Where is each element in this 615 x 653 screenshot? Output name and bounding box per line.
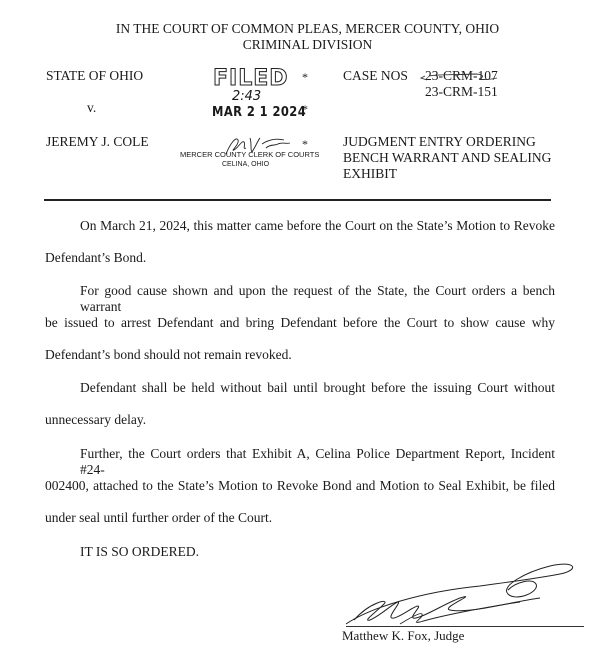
paragraph-3-line-2: unnecessary delay.: [45, 412, 146, 428]
entry-title-line-1: JUDGMENT ENTRY ORDERING: [343, 134, 536, 150]
entry-title-line-3: EXHIBIT: [343, 166, 397, 182]
signature-line: [346, 626, 584, 627]
paragraph-2-line-2: be issued to arrest Defendant and bring …: [45, 315, 555, 331]
court-division: CRIMINAL DIVISION: [0, 37, 615, 53]
versus-label: v.: [87, 100, 96, 116]
paragraph-4-line-2: 002400, attached to the State’s Motion t…: [45, 478, 555, 494]
judge-signature-icon: [340, 562, 590, 630]
caption-separator: *: [302, 71, 308, 83]
entry-title-line-2: BENCH WARRANT AND SEALING: [343, 150, 551, 166]
filed-stamp-date: MAR 2 1 2024: [212, 104, 306, 120]
paragraph-4-line-1: Further, the Court orders that Exhibit A…: [80, 446, 555, 478]
defendant-name: JEREMY J. COLE: [46, 134, 149, 150]
court-name: IN THE COURT OF COMMON PLEAS, MERCER COU…: [0, 21, 615, 37]
case-number-struck: 23-CRM-107: [425, 68, 615, 84]
filed-stamp-time: 2:43: [232, 90, 261, 103]
filed-stamp-city: CELINA, OHIO: [222, 160, 269, 169]
plaintiff-name: STATE OF OHIO: [46, 68, 143, 84]
caption-divider: [497, 199, 551, 201]
case-number-2: 23-CRM-151: [425, 84, 498, 100]
judge-name: Matthew K. Fox, Judge: [342, 628, 464, 644]
caption-divider: [44, 199, 497, 201]
paragraph-3-line-1: Defendant shall be held without bail unt…: [80, 380, 555, 396]
paragraph-2-line-3: Defendant’s bond should not remain revok…: [45, 347, 292, 363]
paragraph-1-line-2: Defendant’s Bond.: [45, 250, 146, 266]
filed-stamp-label: FILED: [213, 68, 289, 90]
paragraph-4-line-3: under seal until further order of the Co…: [45, 510, 272, 526]
filed-stamp-clerk: MERCER COUNTY CLERK OF COURTS: [180, 150, 319, 159]
case-numbers-label: CASE NOS: [343, 68, 408, 84]
paragraph-1-line-1: On March 21, 2024, this matter came befo…: [80, 218, 555, 234]
paragraph-2-line-1: For good cause shown and upon the reques…: [80, 283, 555, 315]
caption-separator: *: [302, 138, 308, 150]
paragraph-5-line-1: IT IS SO ORDERED.: [80, 544, 199, 560]
